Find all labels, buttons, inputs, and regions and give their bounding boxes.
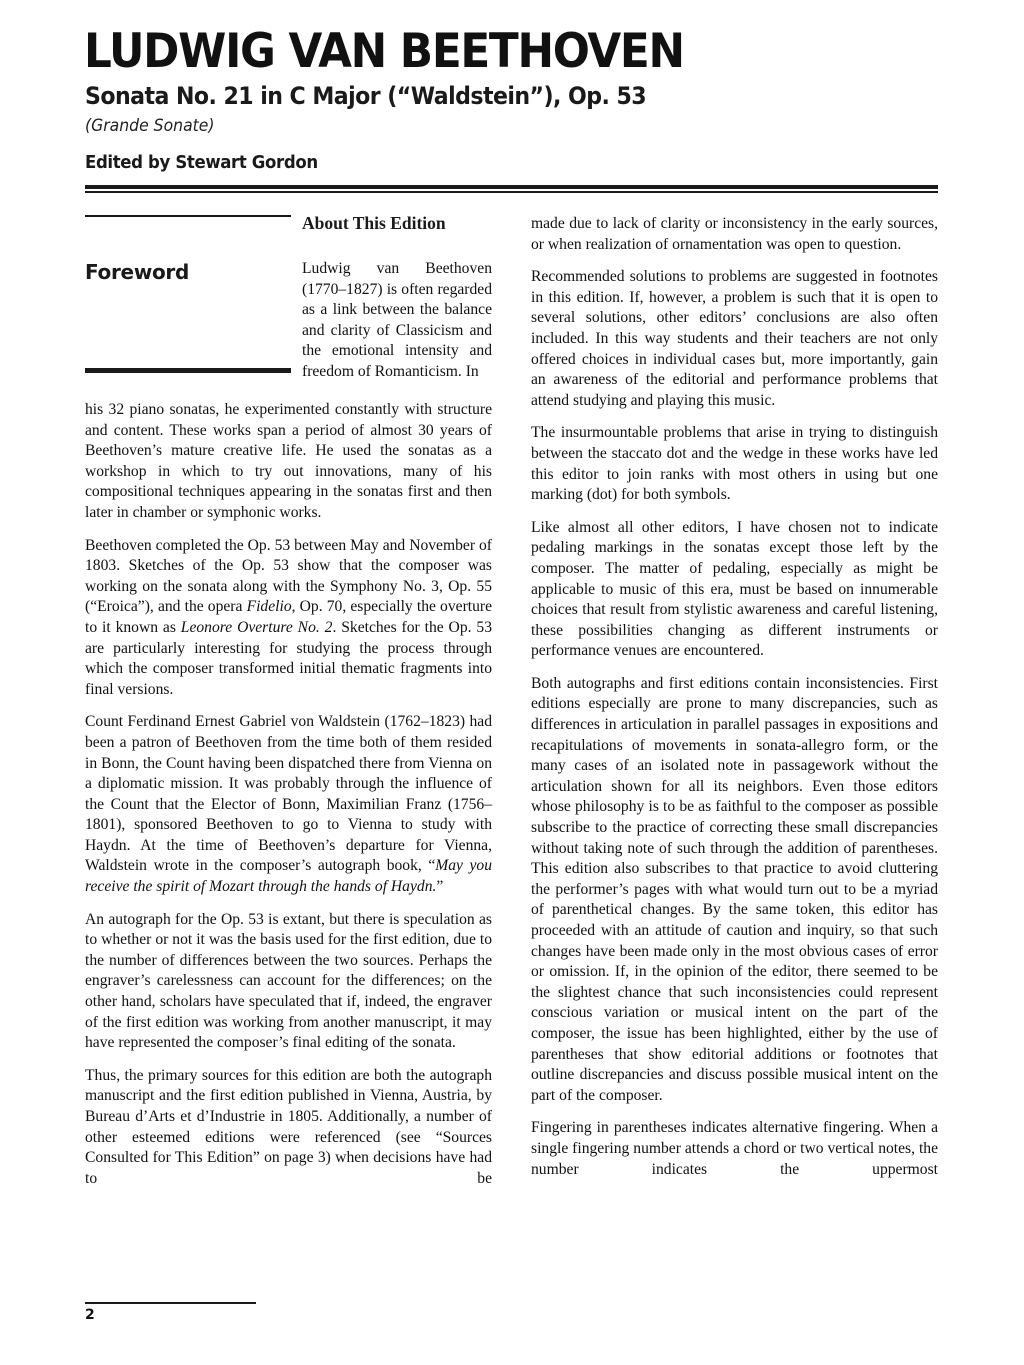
paragraph: made due to lack of clarity or inconsist…	[531, 214, 938, 255]
work-title: Sonata No. 21 in C Major (“Waldstein”), …	[85, 84, 646, 108]
section-heading-about: About This Edition	[302, 214, 446, 233]
page-number: 2	[85, 1308, 95, 1322]
paragraph: Recommended solutions to problems are su…	[531, 267, 938, 411]
work-subtitle: (Grande Sonate)	[85, 118, 215, 135]
foreword-rule-top	[85, 215, 291, 217]
italic-title: Fidelio	[247, 598, 292, 615]
text-run: Count Ferdinand Ernest Gabriel von Walds…	[85, 713, 492, 874]
paragraph: Like almost all other editors, I have ch…	[531, 518, 938, 662]
paragraph: his 32 piano sonatas, he experimented co…	[85, 400, 492, 524]
italic-title: Leonore Overture No. 2	[181, 619, 333, 636]
paragraph: Beethoven completed the Op. 53 between M…	[85, 536, 492, 701]
right-column: made due to lack of clarity or inconsist…	[531, 214, 938, 1192]
paragraph: Count Ferdinand Ernest Gabriel von Walds…	[85, 712, 492, 897]
paragraph: Ludwig van Beethoven (1770–1827) is ofte…	[302, 259, 492, 383]
header-rule-thin	[85, 191, 938, 193]
paragraph: Both autographs and first editions conta…	[531, 674, 938, 1106]
editor-credit: Edited by Stewart Gordon	[85, 154, 318, 172]
footer-rule	[85, 1302, 256, 1304]
left-column: his 32 piano sonatas, he experimented co…	[85, 400, 492, 1201]
paragraph: The insurmountable problems that arise i…	[531, 423, 938, 505]
inset-paragraph: Ludwig van Beethoven (1770–1827) is ofte…	[302, 259, 492, 395]
header-rule-thick	[85, 185, 938, 189]
text-run: ”	[436, 878, 443, 895]
composer-name: LUDWIG VAN BEETHOVEN	[84, 28, 684, 75]
paragraph: An autograph for the Op. 53 is extant, b…	[85, 910, 492, 1054]
paragraph: Fingering in parentheses indicates alter…	[531, 1118, 938, 1180]
foreword-label: Foreword	[85, 262, 189, 282]
paragraph: Thus, the primary sources for this editi…	[85, 1066, 492, 1190]
foreword-rule-bottom	[85, 368, 291, 373]
